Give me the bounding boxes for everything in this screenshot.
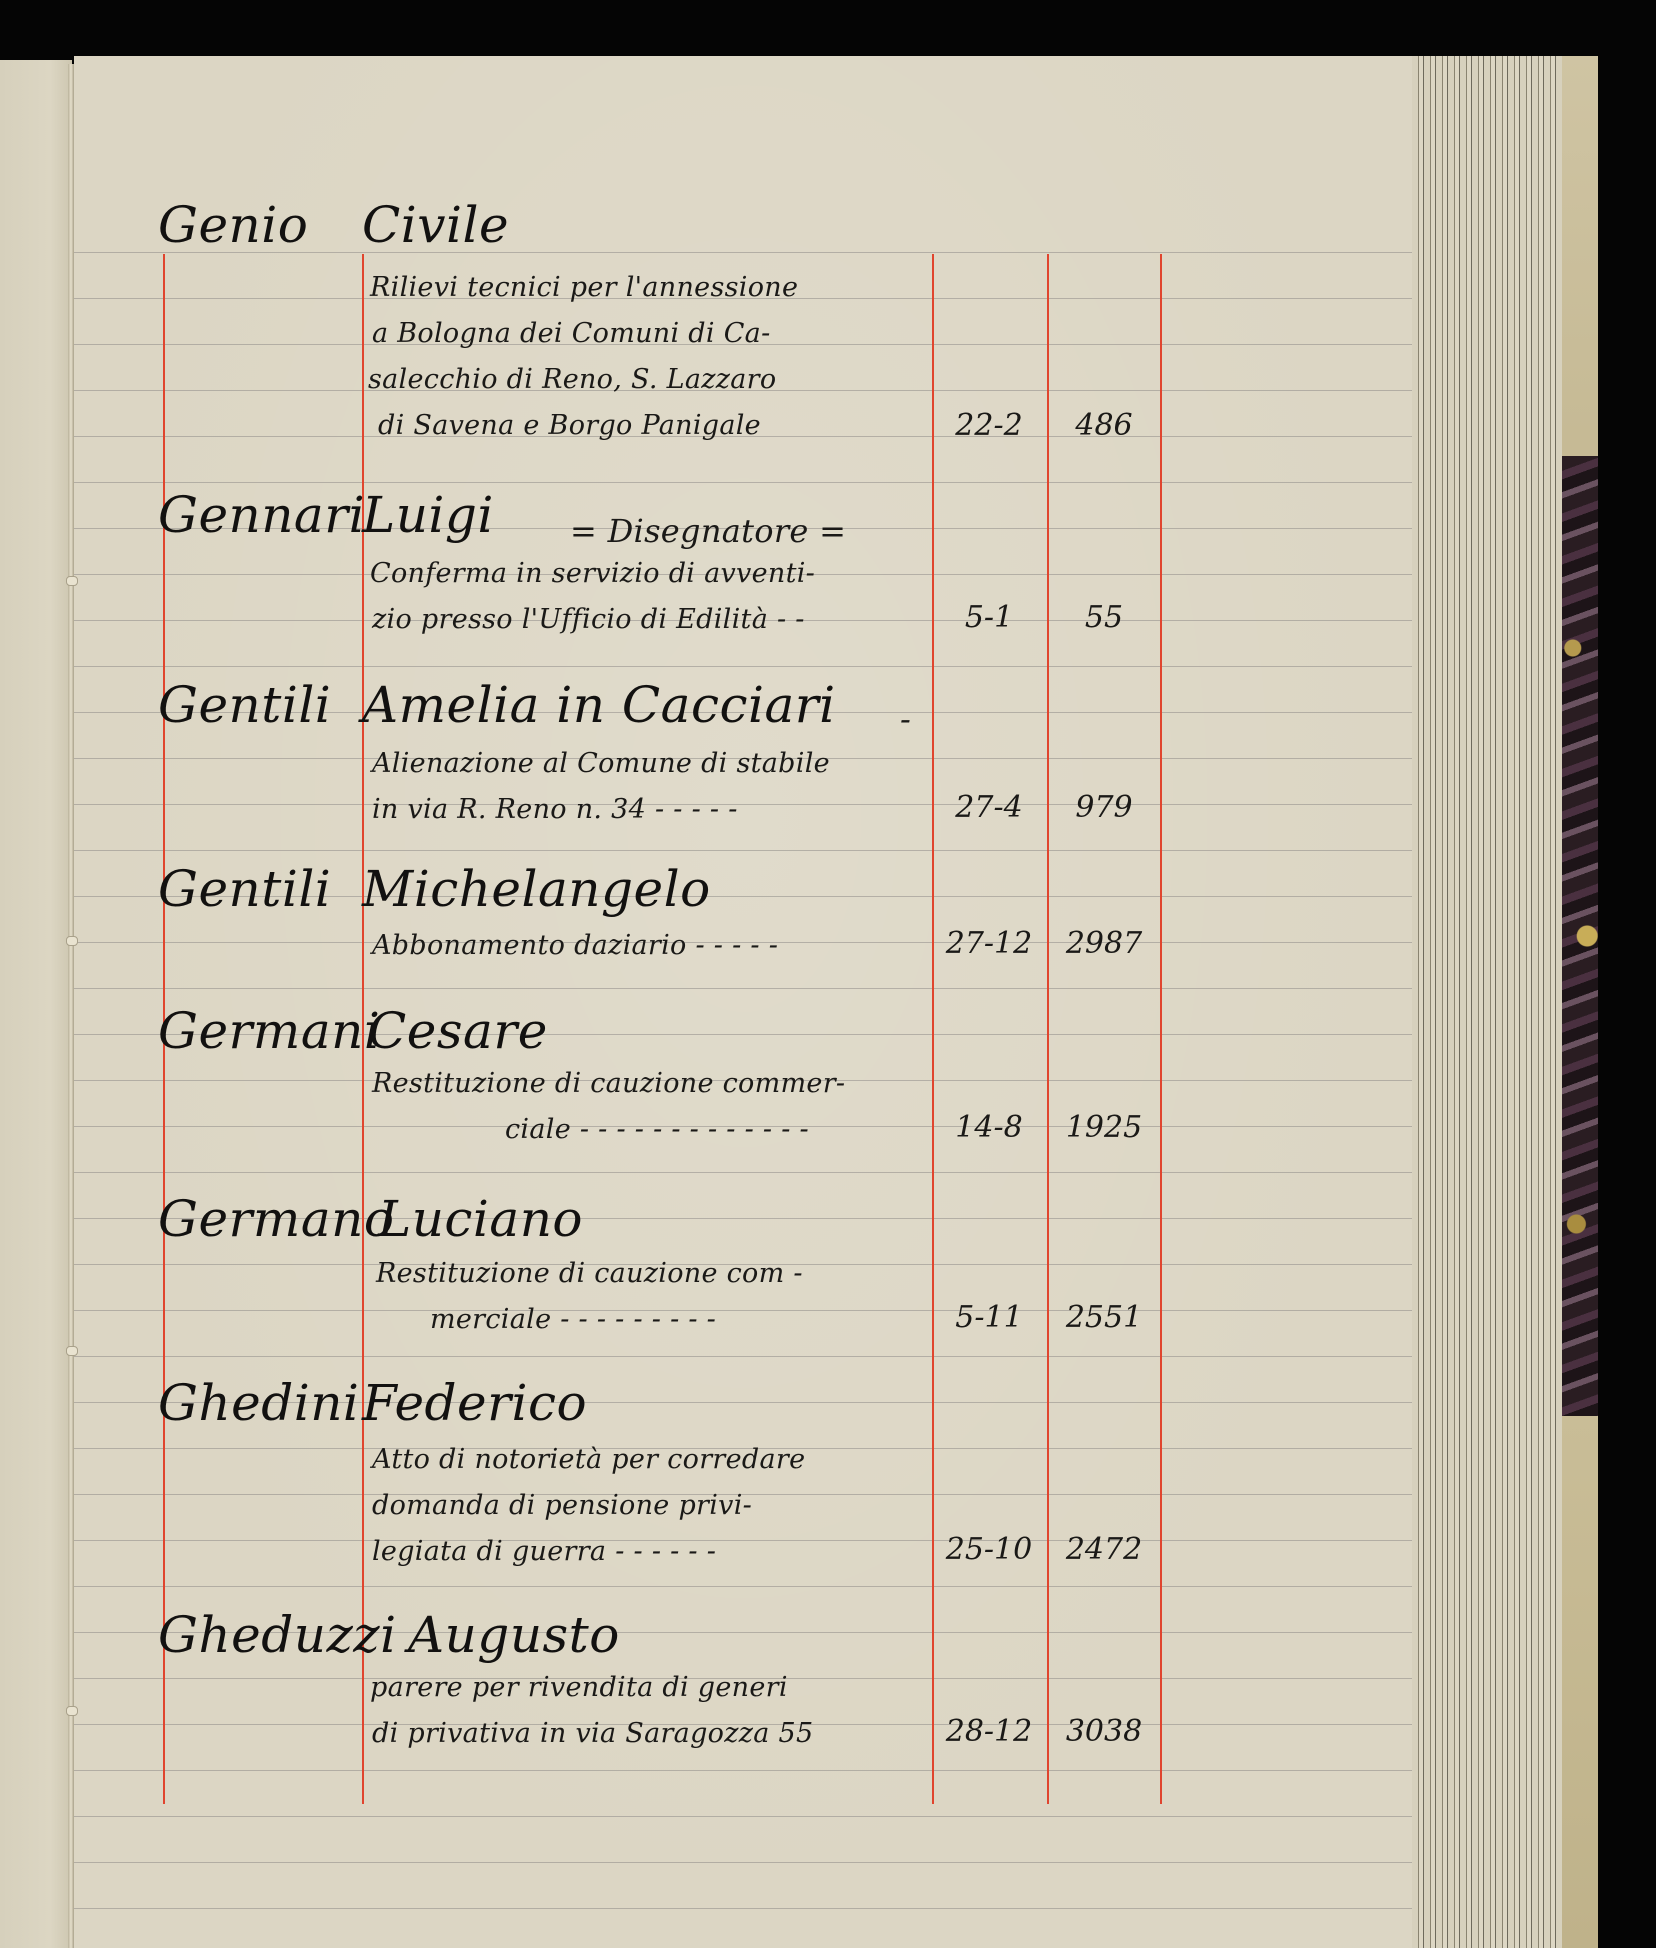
ruled-line — [74, 666, 1414, 667]
entry-date: 22-2 — [932, 408, 1046, 443]
entry-protocol-number: 2987 — [1048, 926, 1160, 961]
entry-subject-line: Atto di notorietà per corredare — [372, 1444, 805, 1475]
entry-subject-line: Rilievi tecnici per l'annessione — [370, 272, 798, 303]
entry-protocol-number: 3038 — [1048, 1714, 1160, 1749]
entry-date: 27-4 — [932, 790, 1046, 825]
entry-protocol-number: 2472 — [1048, 1532, 1160, 1567]
entry-date: 28-12 — [932, 1714, 1046, 1749]
ruled-line — [74, 1586, 1414, 1587]
ruled-line — [74, 1310, 1414, 1311]
entry-protocol-number: 2551 — [1048, 1300, 1160, 1335]
entry-subject-line: Conferma in servizio di avventi- — [370, 558, 815, 589]
entry-surname: Gennari — [158, 486, 365, 544]
red-column-rule-date — [932, 254, 934, 1804]
entry-date: 5-1 — [932, 600, 1046, 635]
entry-given-name: Federico — [362, 1374, 587, 1432]
ruled-line — [74, 1908, 1414, 1909]
leather-binding-lower — [1562, 1416, 1598, 1948]
ruled-line — [74, 804, 1414, 805]
entry-subject-line: ciale - - - - - - - - - - - - - — [505, 1114, 809, 1145]
marbled-cover-edge — [1562, 456, 1598, 1416]
entry-subject-line: di privativa in via Saragozza 55 — [372, 1718, 814, 1749]
binding-stitch — [66, 936, 78, 946]
ruled-line — [74, 1816, 1414, 1817]
ruled-line — [74, 1862, 1414, 1863]
entry-given-name: Cesare — [368, 1002, 548, 1060]
entry-given-name: Luciano — [378, 1190, 583, 1248]
entry-date: 27-12 — [932, 926, 1046, 961]
entry-surname: Gentili — [158, 860, 331, 918]
entry-subject-line: Alienazione al Comune di stabile — [372, 748, 830, 779]
entry-subject-line: Restituzione di cauzione com - — [376, 1258, 803, 1289]
entry-protocol-number: 1925 — [1048, 1110, 1160, 1145]
entry-subject-line: merciale - - - - - - - - - — [430, 1304, 716, 1335]
entry-subject-line: Abbonamento daziario - - - - - — [372, 930, 778, 961]
red-column-rule-end — [1160, 254, 1162, 1804]
ruled-line — [74, 1172, 1414, 1173]
entry-subject-line: salecchio di Reno, S. Lazzaro — [368, 364, 776, 395]
entry-surname: Germano — [158, 1190, 394, 1248]
entry-subject-line: di Savena e Borgo Panigale — [378, 410, 761, 441]
entry-date: 14-8 — [932, 1110, 1046, 1145]
entry-title: = Disegnatore = — [570, 512, 846, 550]
entry-subject-line: zio presso l'Ufficio di Edilità - - — [372, 604, 805, 635]
entry-surname: Gentili — [158, 676, 331, 734]
binding-stitch — [66, 1706, 78, 1716]
entry-subject-line: in via R. Reno n. 34 - - - - - — [372, 794, 738, 825]
entry-protocol-number: 55 — [1048, 600, 1160, 635]
entry-given-name: Amelia in Cacciari — [362, 676, 836, 734]
ruled-line — [74, 850, 1414, 851]
entry-surname: Gheduzzi — [158, 1606, 397, 1664]
entry-date: 25-10 — [932, 1532, 1046, 1567]
binding-stitch — [66, 576, 78, 586]
entry-surname: Ghedini — [158, 1374, 359, 1432]
entry-subject-line: parere per rivendita di generi — [370, 1672, 788, 1703]
ruled-line — [74, 482, 1414, 483]
entry-protocol-number: 979 — [1048, 790, 1160, 825]
entry-date: 5-11 — [932, 1300, 1046, 1335]
entry-title: - — [900, 700, 911, 738]
entry-given-name: Augusto — [408, 1606, 620, 1664]
entry-given-name: Luigi — [362, 486, 494, 544]
ruled-line — [74, 1770, 1414, 1771]
entry-subject-line: domanda di pensione privi- — [372, 1490, 752, 1521]
ruled-line — [74, 1540, 1414, 1541]
red-column-rule-number — [1047, 254, 1049, 1804]
entry-surname: Genio — [158, 196, 308, 254]
binding-stitch — [66, 1346, 78, 1356]
entry-subject-line: legiata di guerra - - - - - - — [372, 1536, 716, 1567]
entry-subject-line: a Bologna dei Comuni di Ca- — [372, 318, 771, 349]
entry-protocol-number: 486 — [1048, 408, 1160, 443]
ruled-line — [74, 988, 1414, 989]
entry-given-name: Michelangelo — [362, 860, 711, 918]
book-gutter — [68, 64, 74, 1948]
entry-surname: Germani — [158, 1002, 380, 1060]
entry-subject-line: Restituzione di cauzione commer- — [372, 1068, 845, 1099]
left-page-edge — [0, 60, 72, 1948]
page-edges-stack — [1412, 56, 1562, 1948]
entry-given-name: Civile — [362, 196, 509, 254]
ruled-line — [74, 1356, 1414, 1357]
